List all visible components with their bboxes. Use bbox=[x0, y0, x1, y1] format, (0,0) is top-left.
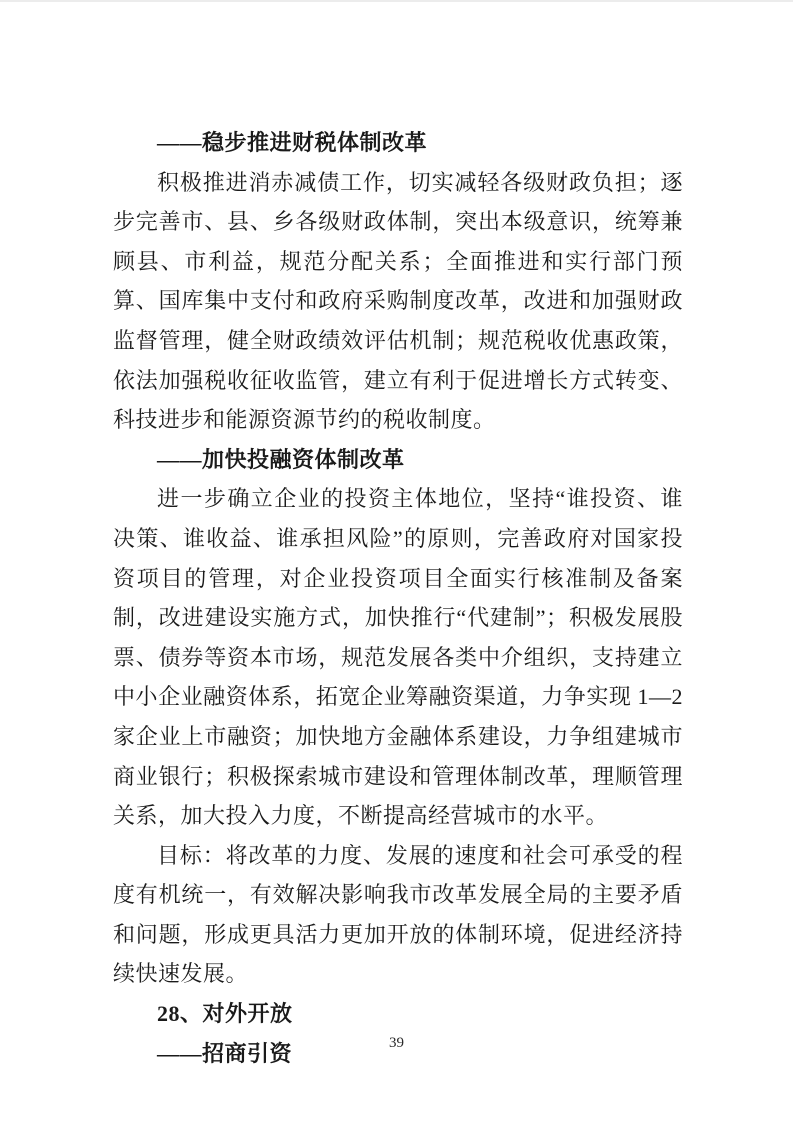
paragraph-fiscal-tax-measures: 积极推进消赤减债工作，切实减轻各级财政负担；逐步完善市、县、乡各级财政体制，突出… bbox=[113, 163, 683, 440]
paragraph-investment-financing-measures: 进一步确立企业的投资主体地位，坚持“谁投资、谁决策、谁收益、谁承担风险”的原则，… bbox=[113, 479, 683, 835]
page-number: 39 bbox=[0, 1033, 793, 1053]
heading-fiscal-tax-reform: ——稳步推进财税体制改革 bbox=[113, 123, 683, 163]
heading-section-28-opening-up: 28、对外开放 bbox=[113, 994, 683, 1034]
document-content: ——稳步推进财税体制改革 积极推进消赤减债工作，切实减轻各级财政负担；逐步完善市… bbox=[113, 123, 683, 1073]
document-page: ——稳步推进财税体制改革 积极推进消赤减债工作，切实减轻各级财政负担；逐步完善市… bbox=[0, 0, 793, 1122]
paragraph-reform-goal: 目标：将改革的力度、发展的速度和社会可承受的程度有机统一，有效解决影响我市改革发… bbox=[113, 836, 683, 994]
heading-investment-financing-reform: ——加快投融资体制改革 bbox=[113, 440, 683, 480]
